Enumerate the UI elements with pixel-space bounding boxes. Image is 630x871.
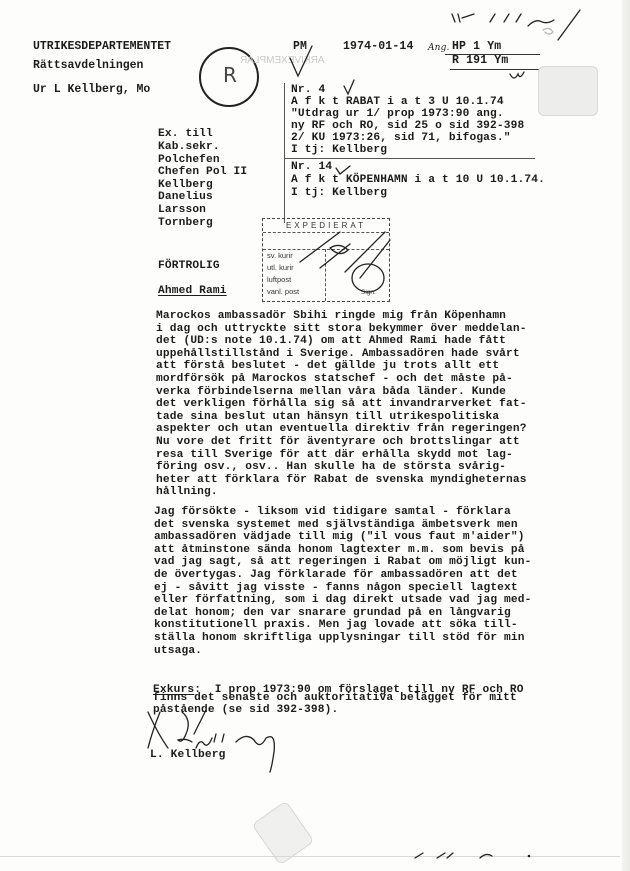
dispatch-number: Nr. 4 (291, 84, 325, 97)
dispatch-divider (285, 158, 535, 159)
body-line: aspekter och utan eventuella direktiv fr… (156, 423, 527, 436)
body-line: vad jag sagt, så att regeringen i Rabat … (154, 556, 532, 569)
body-line: ambassadören vädjade till mig ("il vous … (154, 531, 532, 544)
body-line: Marockos ambassadör Sbihi ringde mig frå… (156, 310, 527, 323)
reference-underline (450, 69, 540, 70)
adhesive-tape-piece (538, 66, 598, 116)
distribution-label: Ex. till (158, 128, 213, 141)
stamp-row: sv. kurir (267, 251, 293, 260)
stamp-row: luftpost (267, 275, 291, 284)
checkmark-icon (336, 166, 350, 174)
dispatch-block-border (284, 83, 285, 223)
body-line: konstitutionell praxis. Men jag lovade a… (154, 619, 532, 632)
recipient: Danelius (158, 191, 247, 204)
dispatch-line: 2/ KU 1973:26, sid 71, bifogas." (291, 132, 511, 145)
body-line: de övertygas. Jag förklarade för ambassa… (154, 569, 532, 582)
body-line: Nu vore det fritt för äventyrare och bro… (156, 436, 527, 449)
stamp-sign-label: Sign. (361, 289, 376, 296)
body-line: eller författning, som i dag direkt utsa… (154, 594, 532, 607)
checkmark-icon (344, 80, 354, 94)
faded-archive-stamp: ARKIVEXEMPLAR (240, 55, 324, 66)
body-line: föring osv., osv.. Han skulle ha de stör… (156, 461, 527, 474)
body-line: mordförsök på Marockos statschef - och d… (156, 373, 527, 386)
circle-stamp-letter: R (223, 63, 237, 87)
body-line: delat honom; den var snarare grundad på … (154, 607, 532, 620)
recipient-list: Kab.sekr. Polchefen Chefen Pol II Kellbe… (158, 141, 247, 229)
classification-label: FÖRTROLIG (158, 260, 220, 273)
stamp-divider (325, 249, 326, 301)
stamp-divider (263, 249, 389, 250)
body-line: verka förbindelserna mellan våra båda lä… (156, 386, 527, 399)
dispatch-line: A f k t KÖPENHAMN i a t 10 U 10.1.74. (291, 174, 545, 187)
page-bottom-line (0, 856, 620, 857)
dispatch-line: I tj: Kellberg (291, 187, 387, 200)
recipient: Kab.sekr. (158, 141, 247, 154)
body-line: tade sina beslut utan hänsyn till utrike… (156, 411, 527, 424)
body-line: det verkligen förhålla sig så att invand… (156, 398, 527, 411)
department-name: UTRIKESDEPARTEMENTET (33, 40, 171, 53)
body-line: resa till Sverige för att där erhålla sk… (156, 449, 527, 462)
dispatch-number: Nr. 14 (291, 161, 332, 174)
body-line: det (UD:s note 10.1.74) om att Ahmed Ram… (156, 335, 527, 348)
typed-signature: L. Kellberg (150, 749, 226, 762)
recipient: Tornberg (158, 217, 247, 230)
body-line: att förstå beslutet - det gällde ju trot… (156, 360, 527, 373)
page-edge-shadow (622, 0, 630, 871)
dispatch-line: A f k t RABAT i a t 3 U 10.1.74 (291, 96, 504, 109)
division-name: Rättsavdelningen (33, 59, 143, 72)
body-line: ställa honom skriftliga upplysningar til… (154, 632, 532, 645)
stamp-divider (263, 232, 389, 233)
recipient: Chefen Pol II (158, 166, 247, 179)
body-line: att åtminstone sända honom lagtexter m.m… (154, 544, 532, 557)
body-line: det svenska systemet med självständiga ä… (154, 519, 532, 532)
document-page: UTRIKESDEPARTEMENTET Rättsavdelningen Ur… (0, 0, 630, 871)
reference-2: R 191 Ym (452, 55, 508, 68)
handwritten-prefix: Ang. (428, 42, 450, 55)
body-line: Jag försökte - liksom vid tidigare samta… (154, 506, 532, 519)
dispatch-stamp: EXPEDIERAT sv. kurir utl. kurir luftpost… (262, 218, 390, 302)
body-line: utsaga. (154, 645, 532, 658)
excursus-line: påstående (se sid 392-398). (153, 704, 524, 717)
dispatch-stamp-title: EXPEDIERAT (263, 221, 389, 230)
top-handwriting-icon (452, 14, 474, 22)
stamp-row: vanl. post (267, 287, 299, 296)
recipient: Polchefen (158, 154, 247, 167)
body-line: heter att förklara för Rabat de svenska … (156, 474, 527, 487)
body-line: ej - såvitt jag visste - fanns någon spe… (154, 582, 532, 595)
reference-1: HP 1 Ym (452, 41, 501, 54)
subject-heading: Ahmed Rami (158, 285, 227, 298)
document-date: 1974-01-14 (343, 41, 414, 54)
author-line: Ur L Kellberg, Mo (33, 83, 150, 96)
body-paragraph-2: Jag försökte - liksom vid tidigare samta… (154, 506, 532, 657)
dispatch-line: I tj: Kellberg (291, 144, 387, 157)
body-paragraph-1: Marockos ambassadör Sbihi ringde mig frå… (156, 310, 527, 499)
stamp-row: utl. kurir (267, 263, 294, 272)
body-line: hållning. (156, 486, 527, 499)
document-type: PM (293, 41, 307, 54)
body-line: i dag och uttryckte sitt stora bekymmer … (156, 323, 527, 336)
excursus-block: Exkurs: I prop 1973:90 om förslaget till… (153, 679, 524, 717)
excursus-line: finns det senaste och auktoritativa belä… (153, 692, 524, 705)
dispatch-line: ny RF och RO, sid 25 o sid 392-398 (291, 120, 524, 133)
dispatch-line: "Utdrag ur 1/ prop 1973:90 ang. (291, 108, 504, 121)
recipient: Larsson (158, 204, 247, 217)
recipient: Kellberg (158, 179, 247, 192)
body-line: uppehållstillstånd i Sverige. Ambassadör… (156, 348, 527, 361)
